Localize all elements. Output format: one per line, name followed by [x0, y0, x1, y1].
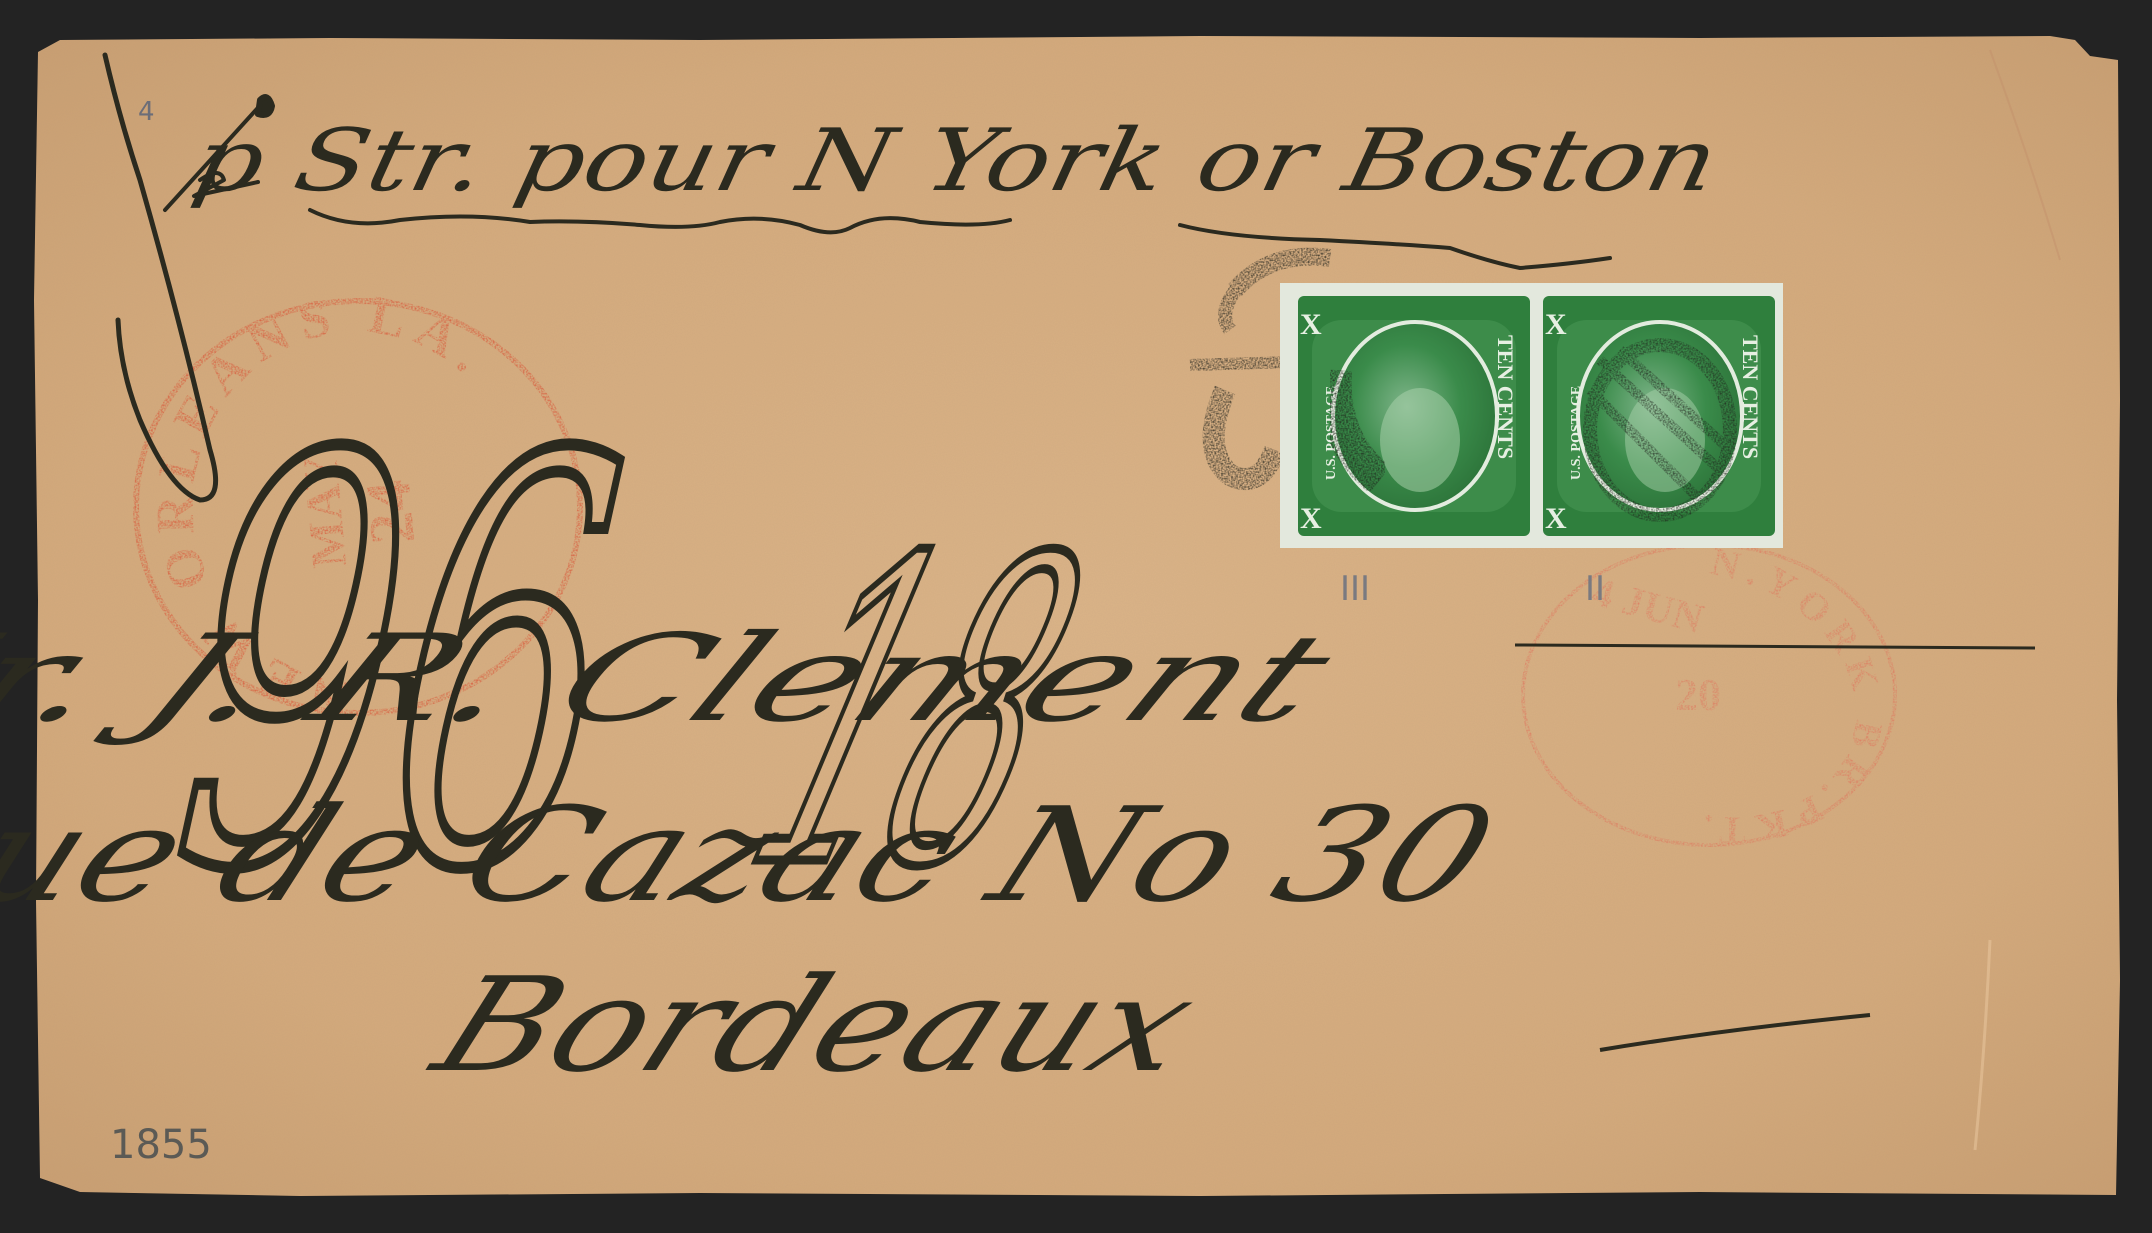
- address-city: Bordeaux: [412, 950, 1216, 1101]
- pencil-year-note: 1855: [110, 1122, 212, 1168]
- pencil-under-stamp-1: III: [1340, 569, 1370, 609]
- exchange-postmark-center: 20: [1675, 669, 1721, 720]
- stamp-1-corner-top: X: [1300, 308, 1322, 341]
- address-name: Mr. J. R. Clement: [0, 610, 1357, 749]
- stamp-pair: X X TEN CENTS U.S. POSTAGE X X TEN CENTS…: [1280, 283, 1783, 548]
- routing-instruction: p Str. pour N York or Boston: [185, 110, 1726, 211]
- postal-cover-photo: NEW ORLEANS LA. MAY 24 N.YORK BR.PKT. 4 …: [0, 0, 2152, 1233]
- stamp-2: X X TEN CENTS U.S. POSTAGE: [1543, 296, 1775, 536]
- stamp-1-value-label: TEN CENTS: [1493, 335, 1518, 459]
- stamp-2-postage-label: U.S. POSTAGE: [1569, 386, 1584, 480]
- stamp-2-corner-bottom: X: [1545, 502, 1567, 535]
- stamp-1-corner-bottom: X: [1300, 502, 1322, 535]
- address-street: Rue de Cazac No 30: [0, 780, 1515, 931]
- pencil-corner-note: 4: [138, 97, 155, 127]
- stamp-1: X X TEN CENTS U.S. POSTAGE: [1298, 296, 1530, 536]
- stamp-2-value-label: TEN CENTS: [1738, 335, 1763, 459]
- stamp-2-corner-top: X: [1545, 308, 1567, 341]
- pencil-under-stamp-2: II: [1585, 569, 1605, 609]
